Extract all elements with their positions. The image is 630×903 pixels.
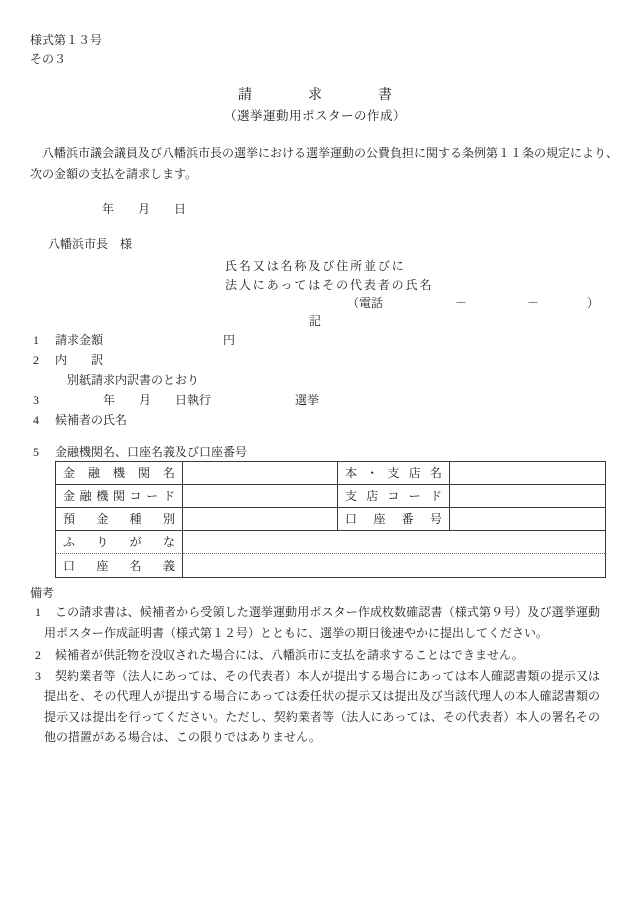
applicant-name-line-2: 法人にあってはその代表者の氏名	[225, 276, 630, 295]
account-holder-value-cell	[183, 554, 605, 577]
list-text: 候補者の氏名	[55, 413, 127, 427]
intro-paragraph: 八幡浜市議会議員及び八幡浜市長の選挙における選挙運動の公費負担に関する条例第１１…	[30, 143, 618, 185]
list-item-election-date: 3 年 月 日執行 選挙	[33, 390, 630, 410]
form-number: 様式第１３号	[30, 31, 630, 50]
phone-line: （電話 － － ）	[347, 295, 630, 312]
remark-item-2: 2候補者が供託物を没収された場合には、八幡浜市に支払を請求することはできません。	[44, 645, 600, 666]
document-title: 請 求 書	[0, 86, 630, 106]
list-number: 5	[33, 443, 55, 461]
remark-item-1: 1この請求書は、候補者から受領した選挙運動用ポスター作成枚数確認書（様式第９号）…	[44, 602, 600, 643]
document-page: 様式第１３号 その３ 請 求 書 （選挙運動用ポスターの作成） 八幡浜市議会議員…	[0, 0, 630, 903]
remark-item-3: 3契約業者等（法人にあっては、その代表者）本人が提出する場合にあっては本人確認書…	[44, 666, 600, 748]
document-subtitle: （選挙運動用ポスターの作成）	[0, 106, 630, 126]
branch-code-value-cell	[450, 485, 605, 508]
breakdown-note: 別紙請求内訳書のとおり	[67, 370, 630, 390]
branch-name-label: 本・支店名	[338, 462, 450, 485]
list-number: 3	[33, 390, 55, 410]
deposit-type-value-cell	[183, 508, 338, 531]
branch-code-label: 支店コード	[338, 485, 450, 508]
ki-marker: 記	[0, 312, 630, 330]
account-number-label: 口座番号	[338, 508, 450, 531]
financial-institution-code-value-cell	[183, 485, 338, 508]
addressee-line: 八幡浜市長 様	[48, 234, 630, 254]
remark-text: 候補者が供託物を没収された場合には、八幡浜市に支払を請求することはできません。	[55, 648, 524, 662]
remark-number: 1	[35, 602, 41, 623]
remark-text: 契約業者等（法人にあっては、その代表者）本人が提出する場合にあっては本人確認書類…	[44, 669, 600, 745]
list-number: 1	[33, 330, 55, 350]
furigana-value-cell	[183, 531, 605, 554]
account-holder-label: 口座名義	[56, 554, 183, 577]
list-item-bank-info: 5金融機関名、口座名義及び口座番号	[33, 443, 630, 461]
list-item-candidate-name: 4候補者の氏名	[33, 410, 630, 430]
list-item-breakdown: 2内 訳	[33, 350, 630, 370]
financial-institution-name-value-cell	[183, 462, 338, 485]
furigana-label: ふりがな	[56, 531, 183, 554]
financial-institution-code-label: 金融機関コード	[56, 485, 183, 508]
remarks-heading: 備考	[30, 584, 630, 602]
list-text: 年 月 日執行 選挙	[55, 393, 319, 407]
list-number: 4	[33, 410, 55, 430]
list-text: 内 訳	[55, 353, 103, 367]
applicant-name-line-1: 氏名又は名称及び住所並びに	[225, 256, 630, 276]
remark-number: 3	[35, 666, 41, 687]
list-text: 金融機関名、口座名義及び口座番号	[55, 445, 247, 459]
date-line: 年 月 日	[102, 199, 630, 219]
remark-number: 2	[35, 645, 41, 666]
form-number-sub: その３	[30, 50, 630, 69]
branch-name-value-cell	[450, 462, 605, 485]
list-item-amount: 1請求金額 円	[33, 330, 630, 350]
bank-account-table: 金融機関名 本・支店名 金融機関コード 支店コード 預金種別 口座番号 ふりがな…	[55, 461, 606, 578]
remark-text: この請求書は、候補者から受領した選挙運動用ポスター作成枚数確認書（様式第９号）及…	[44, 605, 600, 640]
account-number-value-cell	[450, 508, 605, 531]
financial-institution-name-label: 金融機関名	[56, 462, 183, 485]
deposit-type-label: 預金種別	[56, 508, 183, 531]
list-number: 2	[33, 350, 55, 370]
list-text: 請求金額 円	[55, 333, 235, 347]
